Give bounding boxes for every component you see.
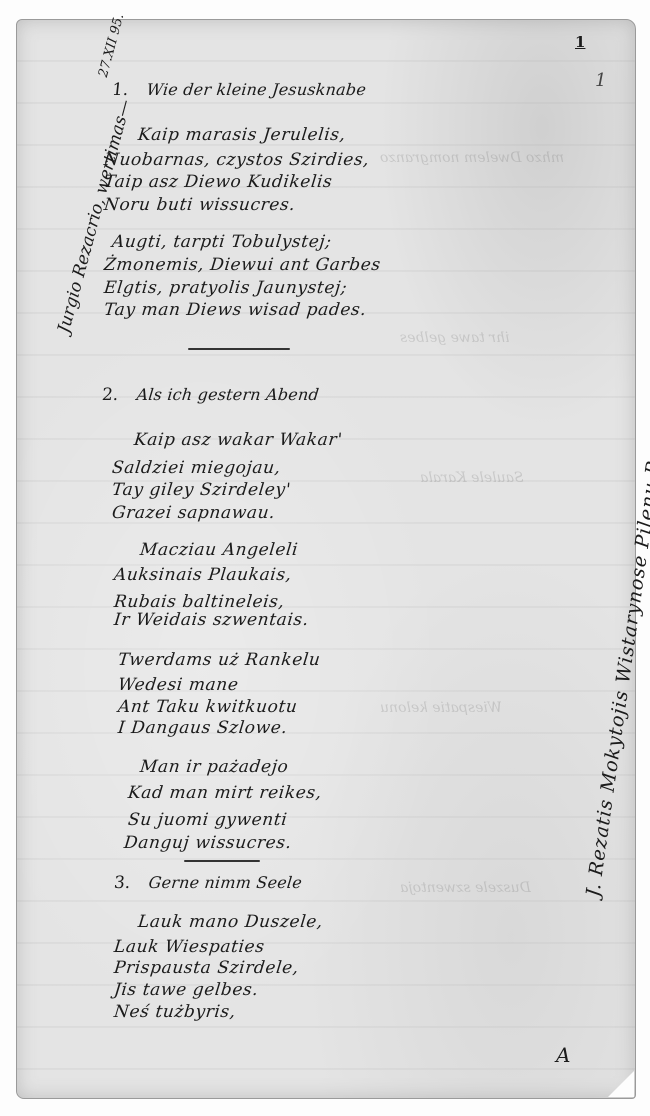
verse-line: Kaip marasis Jerulelis, xyxy=(137,125,347,145)
verse-line: Macziau Angeleli xyxy=(139,540,299,560)
verse-line: Żmonemis, Diewui ant Garbes xyxy=(103,255,382,275)
verse-line: Ant Taku kwitkuotu xyxy=(117,697,299,717)
verse-line: Noru buti wissucres. xyxy=(103,195,296,215)
verse-line: Elgtis, pratyolis Jaunystej; xyxy=(103,278,348,298)
verse-line: Danguj wissucres. xyxy=(123,833,293,853)
verse-line: Wedesi mane xyxy=(117,675,240,695)
verse-line: Lauk mano Duszele, xyxy=(137,912,324,932)
verse-line: Man ir pażadejo xyxy=(139,757,290,777)
verse-line: Nuobarnas, czystos Szirdies, xyxy=(103,150,370,170)
verse-line: Ir Weidais szwentais. xyxy=(113,610,310,630)
verse-line: Su juomi gywenti xyxy=(127,810,288,830)
song-heading: 3.Gerne nimm Seele xyxy=(113,873,303,893)
verse-line: Tay giley Szirdeley' xyxy=(111,480,292,500)
page-number: 1 xyxy=(575,33,585,51)
verse-line: Rubais baltineleis, xyxy=(113,592,286,612)
verse-line: Grazei sapnawau. xyxy=(111,503,276,523)
verse-line: Saldziei miegojau, xyxy=(111,458,282,478)
bleed-through-text: mhzo Dwelem nomgranzo xyxy=(380,150,564,166)
verse-line: Prispausta Szirdele, xyxy=(113,958,300,978)
verse-line: Taip asz Diewo Kudikelis xyxy=(103,172,333,192)
verse-line: Neś tużbyris, xyxy=(113,1002,237,1022)
verse-line: Twerdams uż Rankelu xyxy=(117,650,322,670)
verse-line: Tay man Diews wisad pades. xyxy=(103,300,368,320)
song-number: 1. xyxy=(111,80,130,100)
section-divider xyxy=(184,860,260,862)
song-title: Wie der kleine Jesusknabe xyxy=(146,80,367,99)
verse-line: Lauk Wiespaties xyxy=(113,937,266,957)
song-heading: 1.Wie der kleine Jesusknabe xyxy=(111,80,367,100)
song-heading: 2.Als ich gestern Abend xyxy=(101,385,320,405)
verse-line: Kaip asz wakar Wakar' xyxy=(133,430,344,450)
song-number: 3. xyxy=(113,873,132,893)
bleed-through-text: Saulele Karala xyxy=(420,470,524,486)
bleed-through-text: Wiespatie kelonu xyxy=(380,700,502,716)
verse-line: Kad man mirt reikes, xyxy=(127,783,323,803)
song-title: Als ich gestern Abend xyxy=(136,385,320,404)
verse-line: Jis tawe gelbes. xyxy=(113,980,260,1000)
verse-line: Auksinais Plaukais, xyxy=(113,565,293,585)
section-divider xyxy=(188,348,290,350)
song-title: Gerne nimm Seele xyxy=(148,873,303,892)
initials-mark: A xyxy=(556,1043,570,1067)
bleed-through-text: Duszele szwentoja xyxy=(400,880,531,896)
folded-corner xyxy=(608,1071,634,1097)
bleed-through-text: ihr tawe gelbes xyxy=(400,330,509,346)
verse-line: I Dangaus Szlowe. xyxy=(117,718,289,738)
page-number-pencil: 1 xyxy=(595,70,606,91)
song-number: 2. xyxy=(101,385,120,405)
verse-line: Augti, tarpti Tobulystej; xyxy=(111,232,333,252)
